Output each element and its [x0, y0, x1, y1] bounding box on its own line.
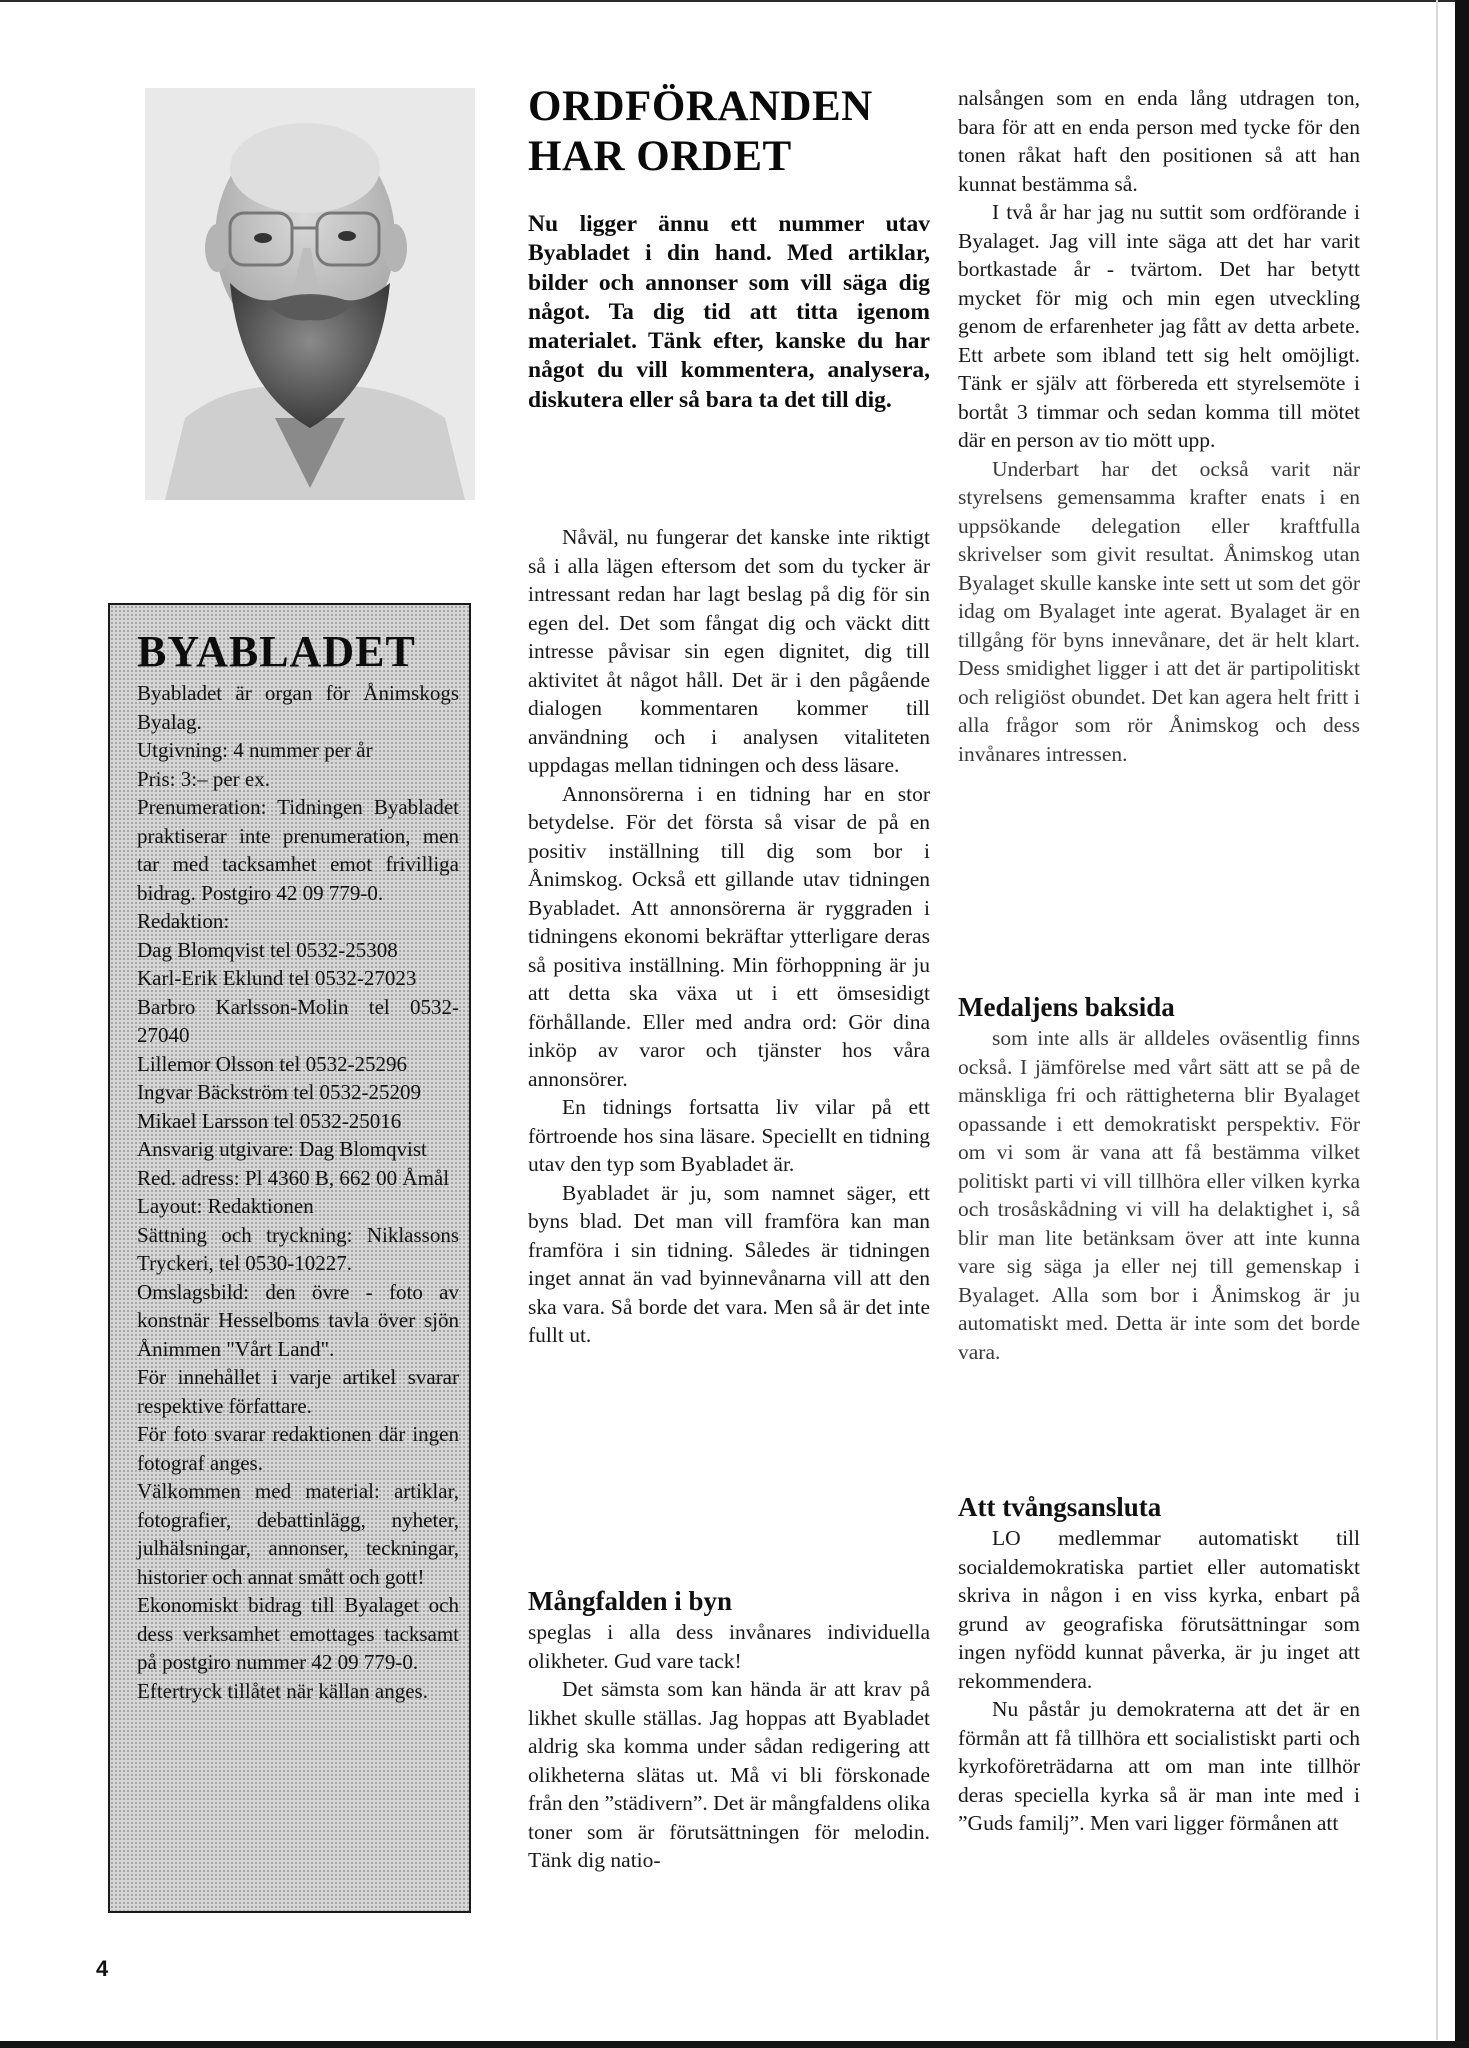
masthead-line: Välkommen med material: artiklar, fotogr…: [137, 1477, 471, 1591]
body-paragraph: speglas i alla dess invånares individuel…: [528, 1618, 930, 1675]
masthead-line: Utgivning: 4 nummer per år: [137, 736, 471, 765]
body-paragraph: Det sämsta som kan hända är att krav på …: [528, 1675, 930, 1875]
page-number: 4: [96, 1956, 108, 1982]
masthead-line: Pris: 3:– per ex.: [137, 765, 471, 794]
masthead-line: Barbro Karlsson-Molin tel 0532-27040: [137, 993, 471, 1050]
article-lead: Nu ligger ännu ett nummer utav Byabladet…: [528, 210, 930, 415]
body-paragraph: som inte alls är alldeles oväsentlig fin…: [958, 1024, 1360, 1366]
section-medaljens-baksida: Medaljens baksida som inte alls är allde…: [958, 990, 1360, 1366]
masthead-line: Red. adress: Pl 4360 B, 662 00 Åmål: [137, 1164, 471, 1193]
section-heading: Att tvångsansluta: [958, 1490, 1360, 1524]
masthead-line: Layout: Redaktionen: [137, 1192, 471, 1221]
body-paragraph: nalsången som en enda lång utdragen ton,…: [958, 84, 1360, 198]
body-paragraph: I två år har jag nu suttit som ordförand…: [958, 198, 1360, 455]
section-heading: Medaljens baksida: [958, 990, 1360, 1024]
page-fold-line: [1436, 0, 1438, 2040]
chairman-portrait-photo: [145, 88, 475, 500]
article-title-line-1: ORDFÖRANDEN: [528, 83, 873, 130]
masthead-line: För foto svarar redaktionen där ingen fo…: [137, 1420, 471, 1477]
body-paragraph: Byabladet är ju, som namnet säger, ett b…: [528, 1179, 930, 1350]
section-heading: Mångfalden i byn: [528, 1584, 930, 1618]
masthead-line: Ekonomiskt bidrag till Byalaget och dess…: [137, 1591, 471, 1677]
body-paragraph: Nu påstår ju demokraterna att det är en …: [958, 1695, 1360, 1838]
portrait-illustration: [145, 88, 475, 500]
masthead-line: Dag Blomqvist tel 0532-25308: [137, 936, 471, 965]
masthead-info-box: BYABLADET Byabladet är organ för Ånimsko…: [108, 603, 471, 1913]
masthead-line: Lillemor Olsson tel 0532-25296: [137, 1050, 471, 1079]
masthead-line: Eftertryck tillåtet när källan anges.: [137, 1677, 471, 1706]
body-paragraph: En tidnings fortsatta liv vilar på ett f…: [528, 1093, 930, 1179]
masthead-line: Mikael Larsson tel 0532-25016: [137, 1107, 471, 1136]
page-right-edge: [1455, 0, 1469, 2048]
masthead-line: Sättning och tryckning: Niklassons Tryck…: [137, 1221, 471, 1278]
section-att-tvangsansluta: Att tvångsansluta LO medlemmar automatis…: [958, 1490, 1360, 1838]
masthead-line: Ingvar Bäckström tel 0532-25209: [137, 1078, 471, 1107]
page-top-edge: [0, 0, 1455, 2]
middle-column-body: Nåväl, nu fungerar det kanske inte rikti…: [528, 523, 930, 1350]
masthead-line: Karl-Erik Eklund tel 0532-27023: [137, 964, 471, 993]
article-title-line-2: HAR ORDET: [528, 133, 792, 180]
masthead-line: Redaktion:: [137, 907, 471, 936]
masthead-title: BYABLADET: [137, 627, 469, 677]
masthead-line: Ansvarig utgivare: Dag Blomqvist: [137, 1135, 471, 1164]
masthead-line: För innehållet i varje artikel svarar re…: [137, 1363, 471, 1420]
body-paragraph: Underbart har det också varit när styrel…: [958, 455, 1360, 769]
masthead-line: Prenumeration: Tidningen Byabladet prakt…: [137, 793, 471, 907]
right-column-body: nalsången som en enda lång utdragen ton,…: [958, 84, 1360, 768]
body-paragraph: Annonsörerna i en tidning har en stor be…: [528, 780, 930, 1094]
article-title: ORDFÖRANDEN HAR ORDET: [528, 82, 948, 182]
section-mangfalden: Mångfalden i byn speglas i alla dess inv…: [528, 1584, 930, 1875]
page-bottom-edge: [0, 2041, 1469, 2048]
body-paragraph: Nåväl, nu fungerar det kanske inte rikti…: [528, 523, 930, 780]
masthead-line: Byabladet är organ för Ånimskogs Byalag.: [137, 679, 471, 736]
body-paragraph: LO medlemmar automatiskt till socialdemo…: [958, 1524, 1360, 1695]
masthead-line: Omslagsbild: den övre - foto av konstnär…: [137, 1278, 471, 1364]
